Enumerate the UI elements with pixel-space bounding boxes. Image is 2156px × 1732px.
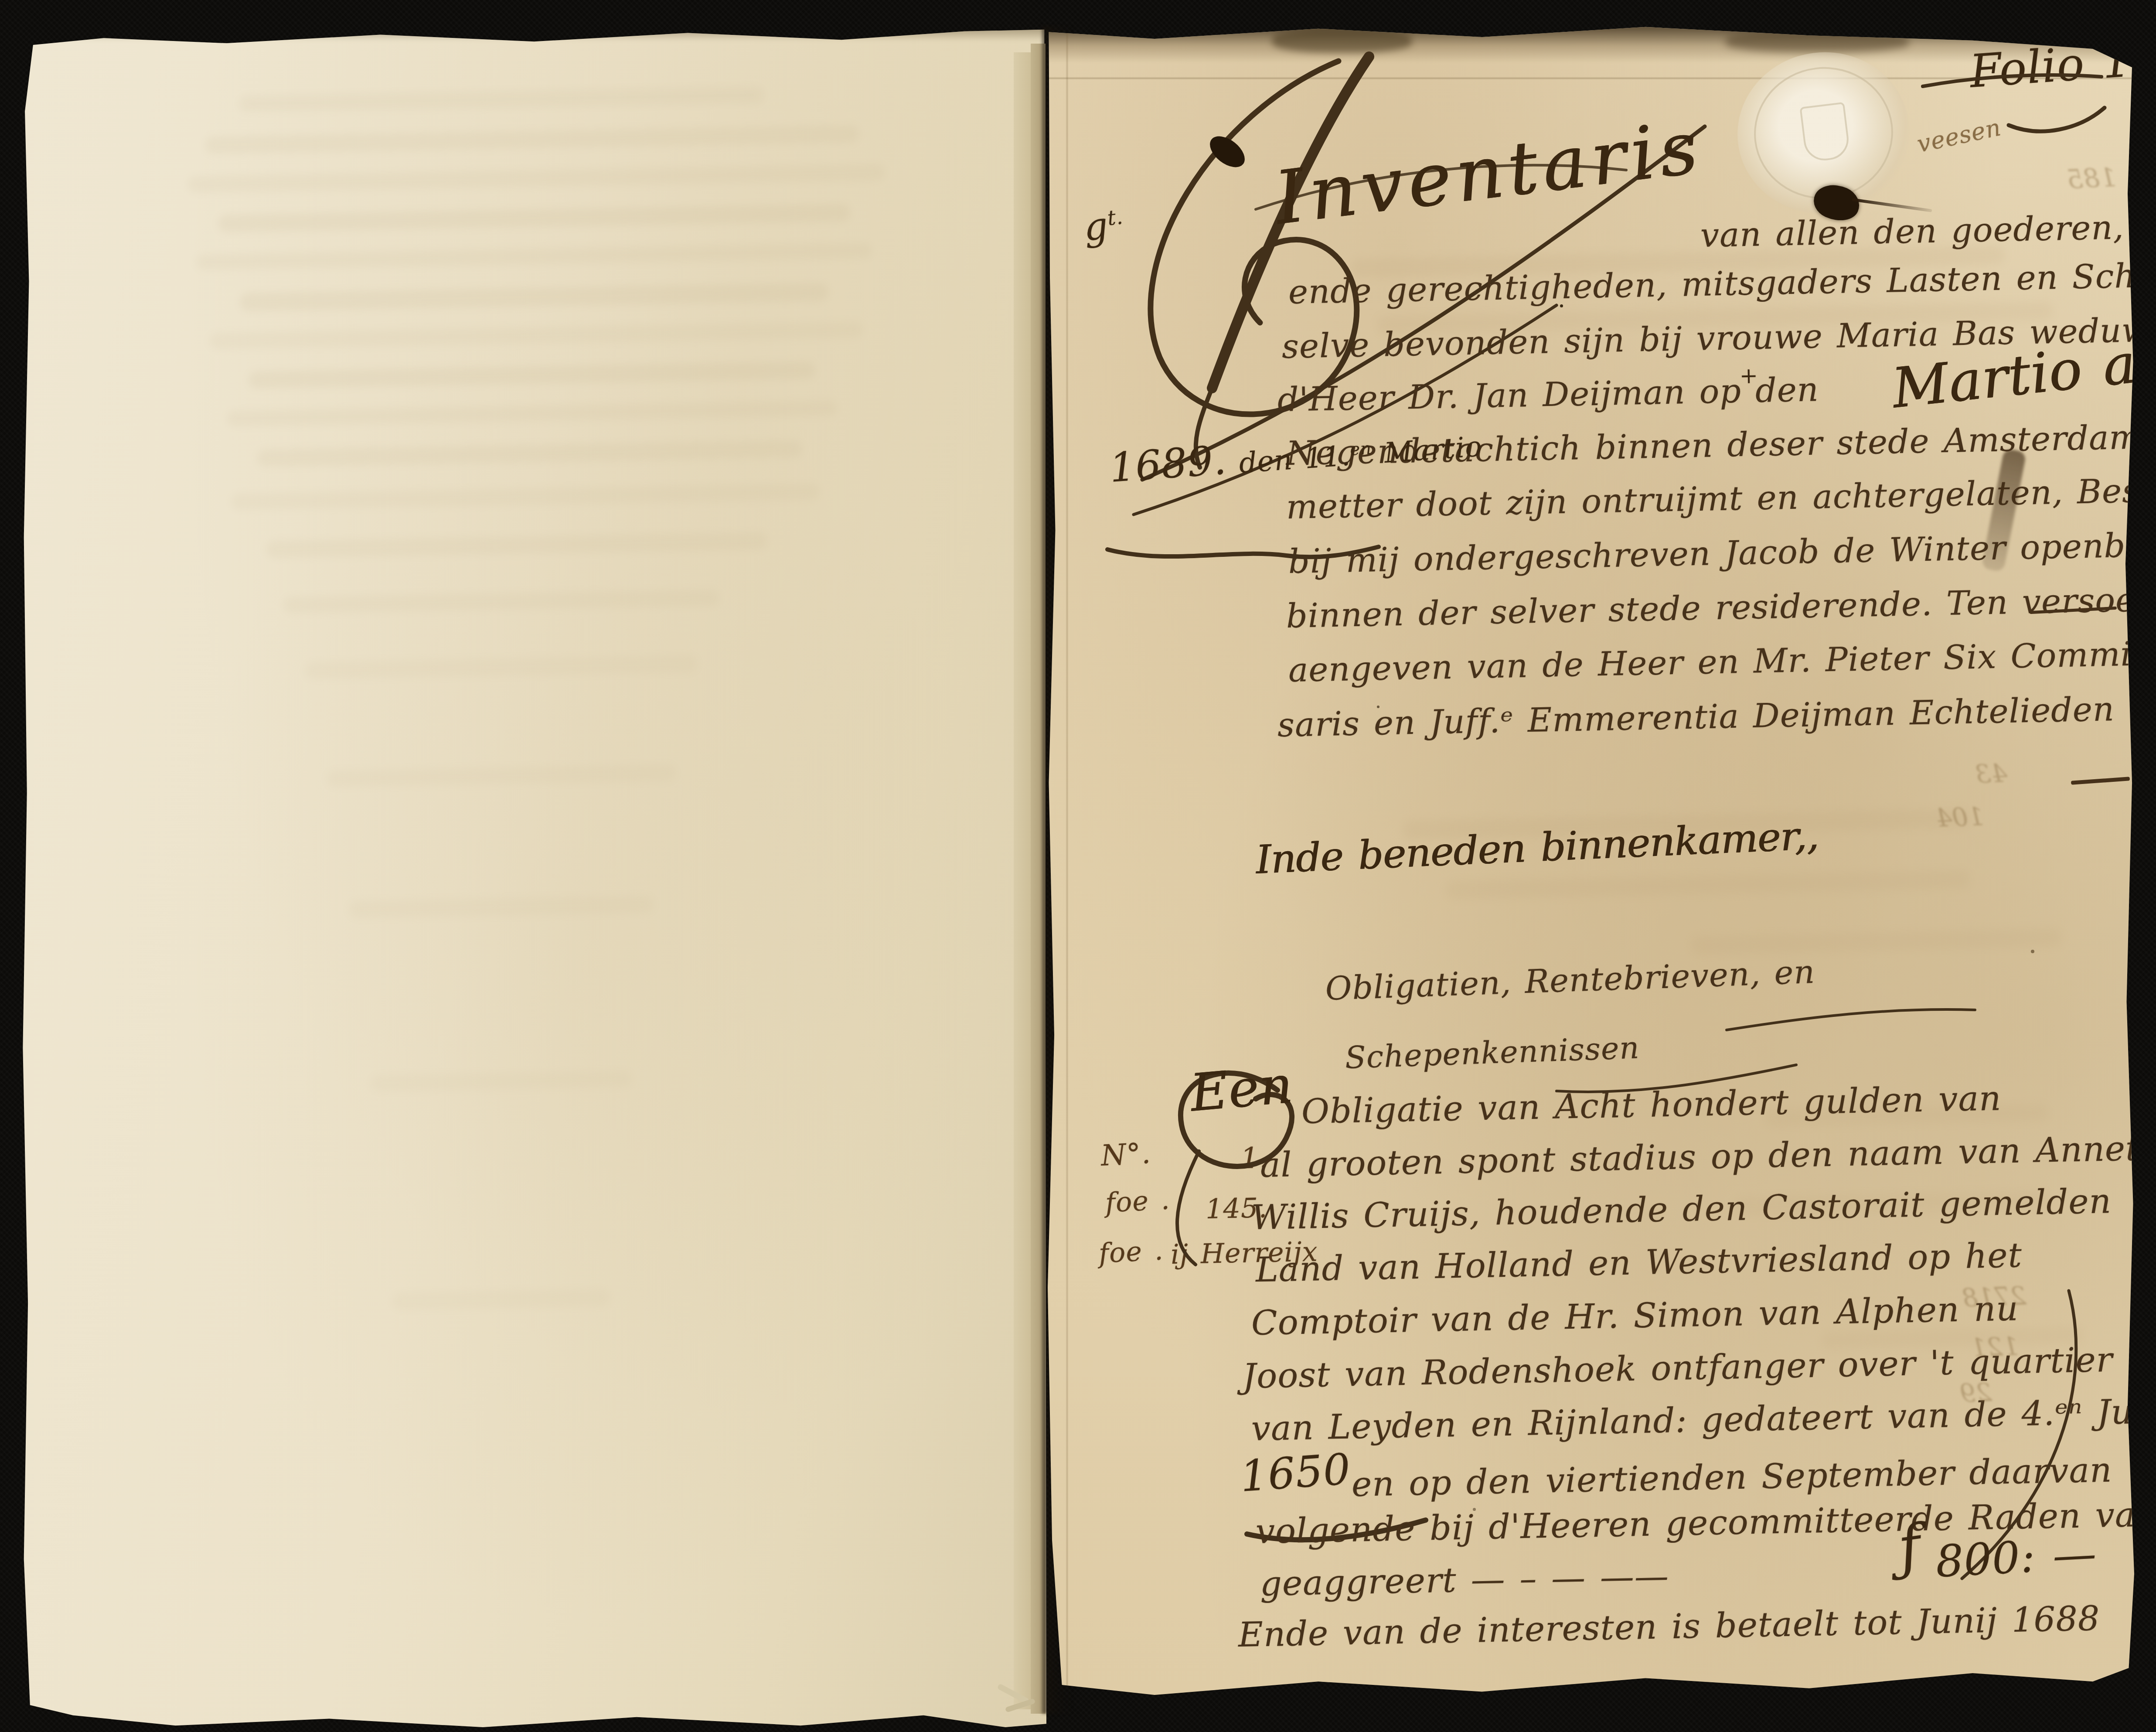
ink-blot-tail	[1852, 198, 1932, 212]
paper-speck	[1560, 304, 1563, 307]
bleedthrough-streak	[196, 242, 872, 270]
paper-speck	[1473, 1508, 1476, 1511]
bleedthrough-streak	[1447, 870, 1970, 899]
bleedthrough-streak	[266, 532, 768, 558]
ghost-number: 43	[1975, 758, 2008, 789]
margin-date-day: den 11.	[1238, 440, 1352, 480]
ghost-number: 185	[2066, 163, 2117, 195]
right-page: Folio 1 veesen gt. Inventaris van allen …	[1046, 25, 2136, 1708]
margin-date-year: 1689.	[1108, 436, 1228, 491]
title-line: aengeven van de Heer en Mr. Pieter Six C…	[1288, 634, 2136, 689]
paper-speck	[1708, 1264, 1711, 1266]
bleedthrough-streak	[371, 1071, 633, 1091]
insertion-caret: +	[1739, 363, 1758, 389]
bleedthrough-streak	[209, 321, 863, 349]
gutter-crease	[1066, 25, 1068, 1708]
margin-date-day-sup: en	[1349, 439, 1372, 460]
ghost-number: 121	[1970, 1331, 2020, 1363]
bleedthrough-streak	[187, 164, 885, 193]
bleedthrough-streak	[227, 400, 837, 426]
page-edge-strip	[1014, 52, 1032, 1709]
bleedthrough-streak	[327, 764, 676, 787]
margin-date-month: Martio	[1383, 430, 1483, 470]
title-line: van allen den goederen, Actien,	[1700, 205, 2136, 255]
page-top-wear	[22, 26, 1046, 41]
bleedthrough-streak	[249, 361, 816, 389]
left-page	[22, 26, 1046, 1729]
title-line: saris en Juff.ᵉ Emmerentia Deijman Echte…	[1277, 689, 2136, 744]
bleedthrough-streak	[283, 589, 720, 613]
manuscript-photo: Folio 1 veesen gt. Inventaris van allen …	[0, 0, 2156, 1732]
paper-speck	[2031, 950, 2034, 953]
bleedthrough-streak	[305, 655, 698, 679]
bleedthrough-streak	[240, 87, 763, 112]
page-top-wear-blotch	[1726, 31, 1909, 52]
ghost-number: 2718	[1962, 1281, 2027, 1313]
bleedthrough-streak	[257, 440, 803, 467]
entry-line: Willis Cruijs, houdende den Castorait ge…	[1251, 1182, 2112, 1238]
amount-value: 800: —	[1935, 1528, 2098, 1587]
bleedthrough-streak	[205, 125, 859, 154]
entry-initial-word: Een	[1188, 1054, 1295, 1123]
entry-line: al grooten spont stadius op den naam van…	[1260, 1129, 2136, 1185]
qq-underline	[2071, 777, 2130, 784]
bleedthrough-streak	[349, 896, 654, 918]
title-line: binnen der selver stede residerende. Ten…	[1286, 577, 2136, 635]
ghost-number: 104	[1935, 801, 1985, 833]
bleedthrough-streak	[231, 483, 820, 510]
paper-speck	[1377, 706, 1379, 708]
ghost-number: 29	[1959, 1377, 1993, 1408]
bleedthrough-streak	[392, 1289, 611, 1310]
entry-line: geaggreert — – — ——	[1260, 1557, 1669, 1604]
margin-date-underline	[1090, 523, 1395, 576]
bleedthrough-streak	[218, 204, 850, 232]
bleedthrough-streak	[240, 283, 829, 311]
bleedthrough-streak	[1691, 928, 2062, 955]
